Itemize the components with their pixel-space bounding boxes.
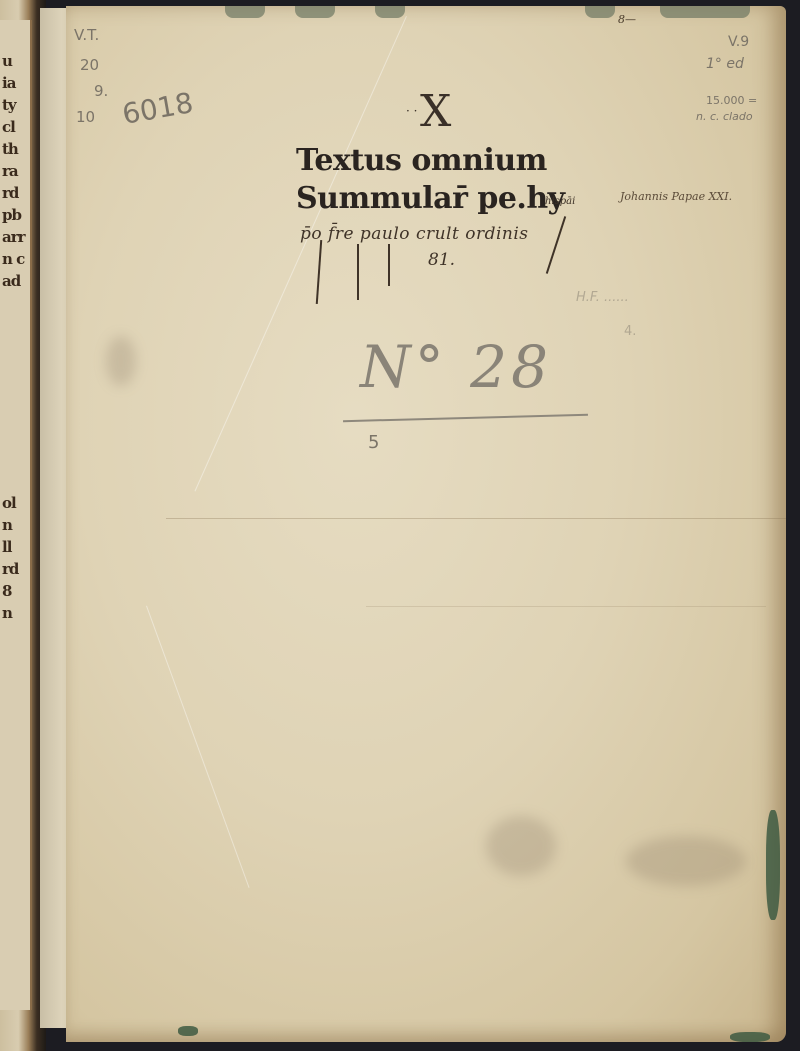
stain: [486, 816, 556, 876]
mold-stain: [225, 6, 265, 18]
stain: [106, 336, 136, 386]
fragment-text: ad: [0, 270, 30, 292]
mold-stain: [585, 6, 615, 18]
marginal-note: hispāi: [545, 196, 575, 207]
mold-stain: [730, 1032, 770, 1042]
signature-mark: 8—: [618, 13, 636, 26]
fragment-text: n: [0, 514, 30, 536]
printed-title: Textus omnium Summular̄ pe.hy: [296, 143, 565, 217]
fragment-text: rd: [0, 558, 30, 580]
fragment-text: pb: [0, 204, 30, 226]
paper-fold: [366, 606, 766, 607]
fragment-text: ia: [0, 72, 30, 94]
pencil-note-edition: 1° ed: [706, 56, 744, 72]
ink-flourish: [357, 244, 359, 300]
pencil-note-9: 9.: [94, 82, 108, 100]
pencil-note-vt: V.T.: [74, 26, 99, 44]
paper-fold: [166, 518, 786, 519]
pencil-note-faint-4: 4.: [624, 324, 636, 339]
mold-stain: [375, 6, 405, 18]
pencil-note-20: 20: [80, 56, 99, 74]
ink-cross-mark: X: [420, 86, 451, 137]
pencil-note-5: 5: [368, 432, 379, 453]
provenance-inscription: p̄o f̄re paulo crult ordinis: [300, 224, 529, 244]
pencil-note-v9: V.9: [728, 34, 749, 50]
fragment-text: arr: [0, 226, 30, 248]
fragment-text: 8: [0, 580, 30, 602]
fragment-text: ll: [0, 536, 30, 558]
pencil-note-clado: n. c. clado: [696, 110, 753, 123]
fragment-text: n: [0, 602, 30, 624]
paper-crease: [146, 606, 250, 888]
pencil-note-10: 10: [76, 108, 95, 126]
manuscript-binding-fragment: u ia ty cl th ra rd pb arr n c ad ol n l…: [0, 20, 32, 1010]
mold-stain: [766, 810, 780, 920]
mold-stain: [178, 1026, 198, 1036]
title-line-2: Summular̄ pe.hy: [296, 181, 565, 217]
provenance-number: 81.: [428, 250, 455, 270]
ink-flourish: [388, 244, 390, 286]
fragment-text: ty: [0, 94, 30, 116]
fragment-text: u: [0, 50, 30, 72]
attribution-note: Johannis Papae XXI.: [620, 190, 732, 203]
fragment-text: rd: [0, 182, 30, 204]
fragment-text: th: [0, 138, 30, 160]
pencil-note-faint: H.F. ......: [576, 290, 629, 305]
stain: [626, 836, 746, 886]
mold-stain: [295, 6, 335, 18]
fragment-text: ol: [0, 492, 30, 514]
fragment-text: n c: [0, 248, 30, 270]
catalog-number: N° 28: [360, 333, 552, 401]
pencil-note-price: 15.000 =: [706, 94, 757, 107]
title-line-1: Textus omnium: [296, 143, 565, 179]
fragment-text: ra: [0, 160, 30, 182]
ink-dots: · ·: [406, 104, 417, 118]
mold-stain: [660, 6, 750, 18]
fragment-text: cl: [0, 116, 30, 138]
